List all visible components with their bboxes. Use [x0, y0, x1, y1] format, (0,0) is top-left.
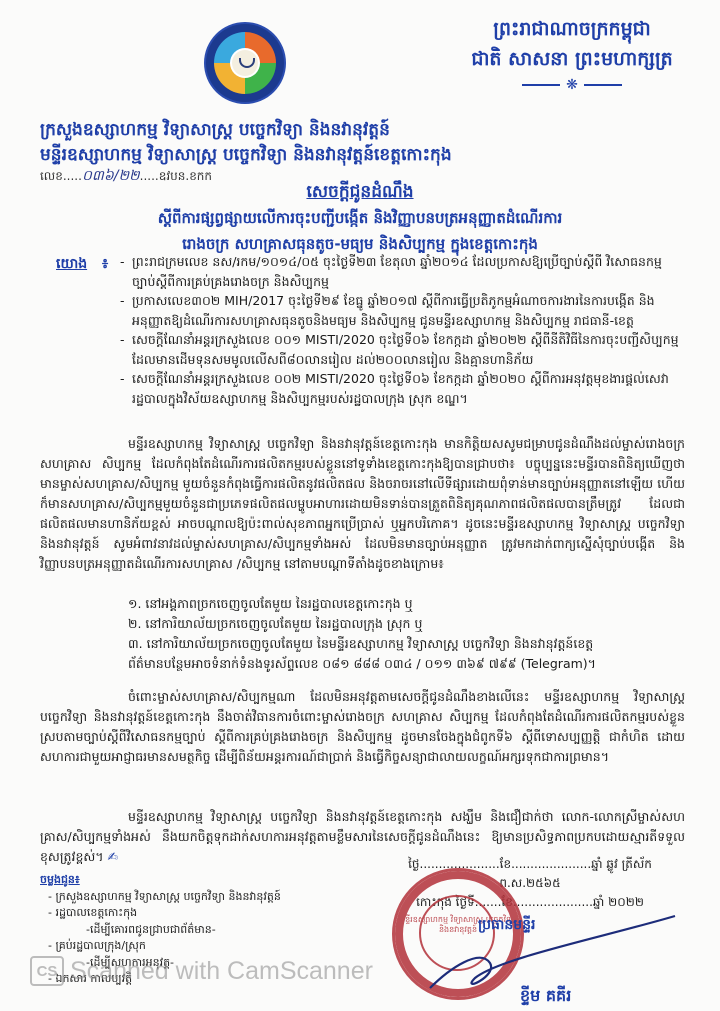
- location-item: ២. នៅការិយាល័យច្រកចេញចូលតែមួយ នៃរដ្ឋបាលក…: [128, 614, 683, 634]
- references-label: យោង: [56, 254, 87, 275]
- ministry-name: ក្រសួងឧស្សាហកម្ម វិទ្យាសាស្ត្រ បច្ចេកវិទ…: [40, 118, 452, 143]
- reference-item: សេចក្តីណែនាំអន្តរក្រសួងលេខ ០០២ MISTI/202…: [120, 369, 680, 408]
- recipient-item: - គ្រប់រដ្ឋបាលក្រុង/ស្រុក: [40, 938, 281, 955]
- location-item: ៣. នៅការិយាល័យច្រកចេញចូលតែមួយ នៃមន្ទីរឧស…: [128, 634, 683, 654]
- body-paragraph-1: មន្ទីរឧស្សាហកម្ម វិទ្យាសាស្ត្រ បច្ចេកវិទ…: [40, 434, 685, 574]
- kingdom-header: ព្រះរាជាណាចក្រកម្ពុជា ជាតិ សាសនា ព្រះមហា…: [452, 14, 692, 92]
- ministry-logo-icon: [206, 24, 284, 102]
- ornament-divider: ❋: [452, 78, 692, 92]
- signer-position: ប្រធានមន្ទីរ: [478, 915, 536, 936]
- camscanner-logo-icon: CS: [30, 956, 64, 986]
- reference-item: សេចក្តីណែនាំអន្តរក្រសួងលេខ ០០១ MISTI/202…: [120, 330, 680, 369]
- ministry-header: ក្រសួងឧស្សាហកម្ម វិទ្យាសាស្ត្រ បច្ចេកវិទ…: [40, 118, 452, 168]
- location-item: ១. នៅអង្គភាពច្រកចេញចូលតែមួយ នៃរដ្ឋបាលខេត…: [128, 594, 683, 614]
- recipient-item: - ក្រសួងឧស្សាហកម្ម វិទ្យាសាស្ត្រ បច្ចេកវ…: [40, 889, 281, 906]
- locations-list: ១. នៅអង្គភាពច្រកចេញចូលតែមួយ នៃរដ្ឋបាលខេត…: [128, 594, 683, 674]
- body-paragraph-2: ចំពោះម្ចាស់សហគ្រាស/សិប្បកម្មណា ដែលមិនអនុ…: [40, 687, 685, 767]
- initials-icon: ✍: [108, 849, 118, 864]
- recipient-note: -ដើម្បីគោរពជូនជ្រាបជាព័ត៌មាន-: [40, 922, 281, 939]
- document-title: សេចក្តីជូនដំណឹង: [0, 181, 720, 206]
- contact-info: ព័ត៌មានបន្ថែមអាចទំនាក់ទំនងទូរស័ព្ទលេខ ០៨…: [128, 654, 683, 674]
- document-page: ព្រះរាជាណាចក្រកម្ពុជា ជាតិ សាសនា ព្រះមហា…: [0, 0, 720, 1011]
- kingdom-line-1: ព្រះរាជាណាចក្រកម្ពុជា: [452, 14, 692, 44]
- document-subject: ស្តីពីការផ្សព្វផ្សាយលើការចុះបញ្ជីបង្កើត …: [0, 205, 720, 257]
- recipients-heading: ចម្លងជូន៖: [40, 872, 281, 889]
- signer-name: ខ្ទីម គគីរ: [520, 985, 571, 1009]
- reference-item: ប្រកាសលេខ៣០២ MIH/2017 ចុះថ្ងៃទី២៩ ខែធ្នូ…: [120, 291, 680, 330]
- recipient-item: - រដ្ឋបាលខេត្តកោះកុង: [40, 905, 281, 922]
- department-name: មន្ទីរឧស្សាហកម្ម វិទ្យាសាស្ត្រ បច្ចេកវិទ…: [40, 143, 452, 168]
- camscanner-watermark: CS Scanned with CamScanner: [30, 956, 373, 986]
- kingdom-line-2: ជាតិ សាសនា ព្រះមហាក្សត្រ: [452, 44, 692, 74]
- references-list: ព្រះរាជក្រមលេខ នស/រកម/១០១៤/០៥ ចុះថ្ងៃទី២…: [120, 252, 680, 408]
- ornament-icon: ❋: [566, 78, 578, 92]
- reference-item: ព្រះរាជក្រមលេខ នស/រកម/១០១៤/០៥ ចុះថ្ងៃទី២…: [120, 252, 680, 291]
